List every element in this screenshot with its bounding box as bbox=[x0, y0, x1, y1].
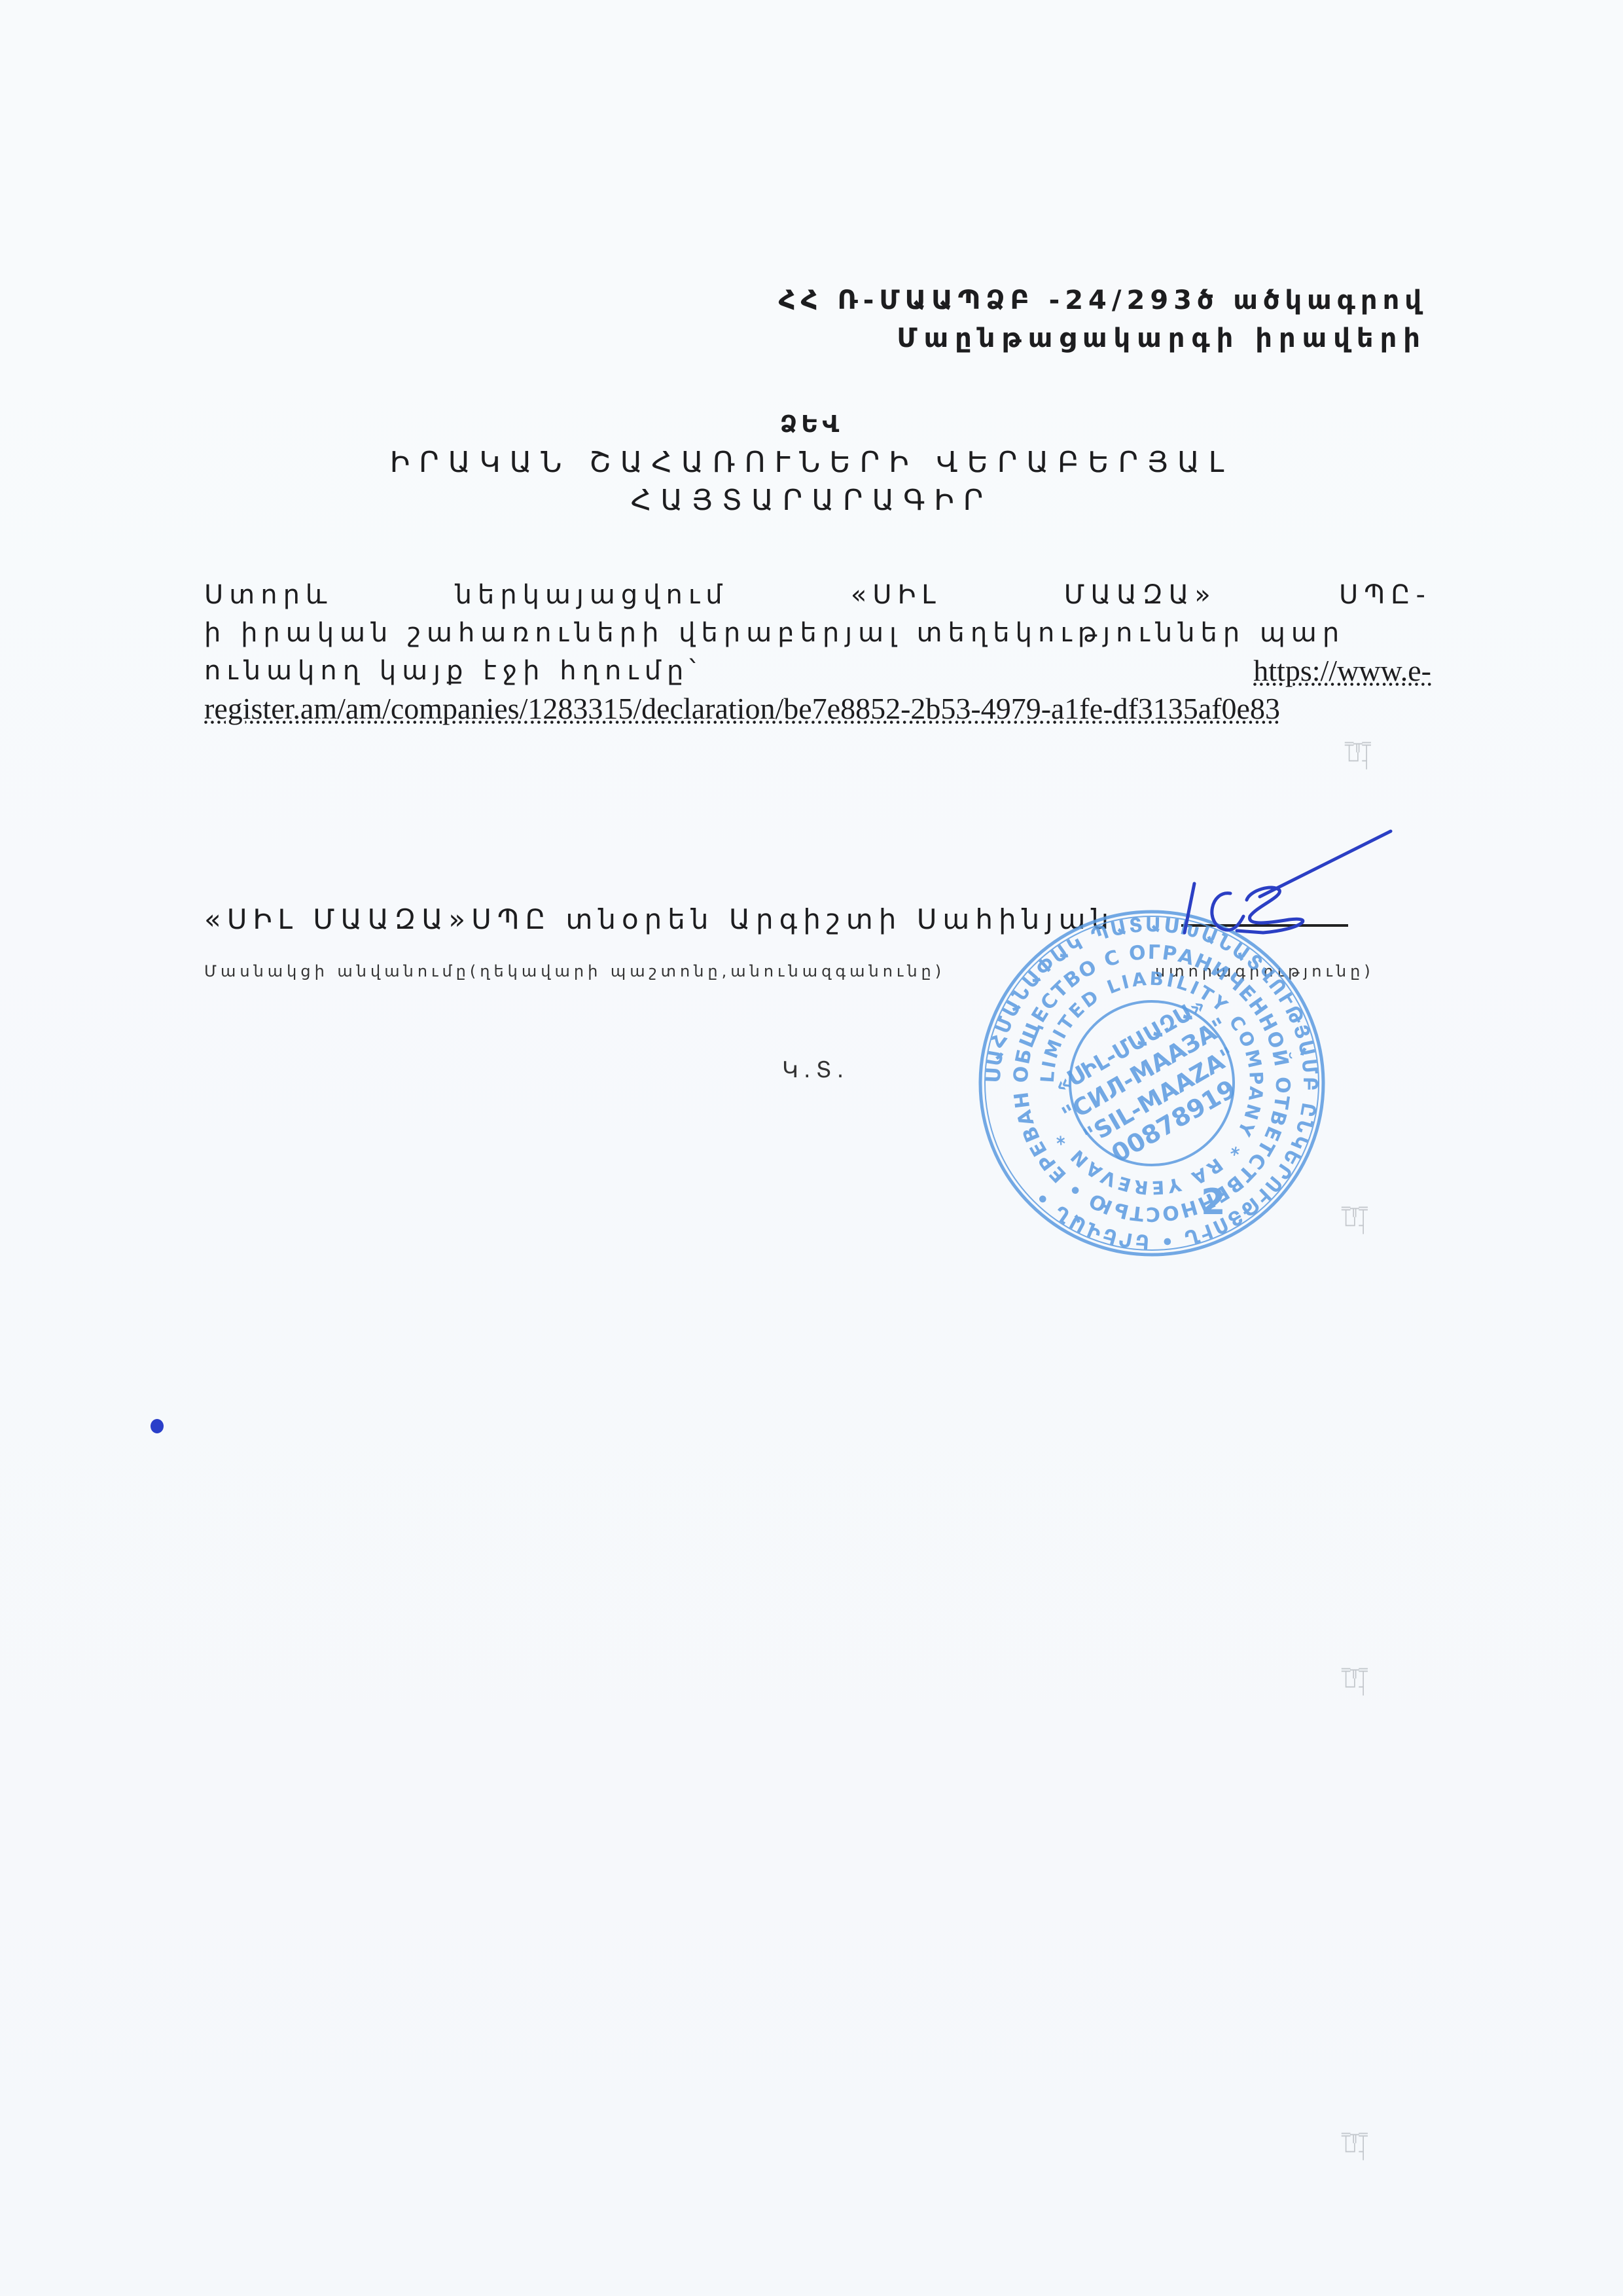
body-line-3-text: ունակող կայք էջի հղումը՝ bbox=[204, 652, 702, 690]
title-line-2: ՀԱՅՏԱՐԱՐԱԳԻՐ bbox=[0, 482, 1623, 520]
scan-artifact: ╤╥╤└┘┤ bbox=[1342, 2127, 1368, 2161]
stamp-number: 2 bbox=[1201, 1181, 1226, 1223]
document-page: ՀՀ Ռ-ՄԱԱՊՁԲ -24/293ծ ածկագրով Մաընթացակա… bbox=[0, 0, 1623, 2296]
body-line-2: ի իրական շահառուների վերաբերյալ տեղեկութ… bbox=[204, 614, 1431, 652]
body-word: ՄԱԱԶԱ» bbox=[1064, 576, 1217, 614]
title-line-1: ԻՐԱԿԱՆ ՇԱՀԱՌՈՒՆԵՐԻ ՎԵՐԱԲԵՐՅԱԼ bbox=[0, 444, 1623, 482]
form-label: ՁԵՎ bbox=[0, 406, 1623, 444]
reference-header: ՀՀ Ռ-ՄԱԱՊՁԲ -24/293ծ ածկագրով Մաընթացակա… bbox=[779, 281, 1427, 357]
declaration-body: Ստորև ներկայացվում «ՍԻԼ ՄԱԱԶԱ» ՍՊԸ- ի իր… bbox=[204, 576, 1431, 728]
body-word: «ՍԻԼ bbox=[851, 576, 942, 614]
ink-spot bbox=[151, 1419, 164, 1433]
body-line-1: Ստորև ներկայացվում «ՍԻԼ ՄԱԱԶԱ» ՍՊԸ- bbox=[204, 576, 1431, 614]
handwritten-signature bbox=[1158, 825, 1394, 936]
scan-artifact: ╤╥╤└┘┤ bbox=[1342, 1662, 1368, 1696]
body-word: ՍՊԸ- bbox=[1339, 576, 1431, 614]
scan-artifact: ╤╥╤└┘┤ bbox=[1345, 736, 1371, 770]
declaration-link-part-2[interactable]: register.am/am/companies/1283315/declara… bbox=[204, 690, 1280, 728]
body-word: Ստորև bbox=[204, 576, 332, 614]
body-line-3: ունակող կայք էջի հղումը՝ https://www.e- bbox=[204, 652, 1431, 690]
scan-artifact: ╤╥╤└┘┤ bbox=[1342, 1201, 1368, 1235]
declaration-link-part-1[interactable]: https://www.e- bbox=[1253, 652, 1431, 690]
reference-procedure: Մաընթացակարգի իրավերի bbox=[779, 319, 1427, 357]
reference-code: ՀՀ Ռ-ՄԱԱՊՁԲ -24/293ծ ածկագրով bbox=[779, 281, 1427, 319]
signatory-caption: Մասնակցի անվանումը(ղեկավարի պաշտոնը,անու… bbox=[204, 962, 945, 980]
document-title: ՁԵՎ ԻՐԱԿԱՆ ՇԱՀԱՌՈՒՆԵՐԻ ՎԵՐԱԲԵՐՅԱԼ ՀԱՅՏԱՐ… bbox=[0, 406, 1623, 520]
body-line-4: register.am/am/companies/1283315/declara… bbox=[204, 690, 1431, 728]
seal-place-label: Կ.Տ. bbox=[782, 1057, 849, 1083]
company-stamp: ՍԱՀՄԱՆԱՓԱԿ ՊԱՏԱՍԽԱՆԱՏՎՈՒԹՅԱՄԲ ԸՆԿԵՐՈՒԹՅՈ… bbox=[975, 906, 1329, 1260]
stamp-outer-ring-text: ՍԱՀՄԱՆԱՓԱԿ ՊԱՏԱՍԽԱՆԱՏՎՈՒԹՅԱՄԲ ԸՆԿԵՐՈՒԹՅՈ… bbox=[982, 914, 1321, 1253]
body-word: ներկայացվում bbox=[455, 576, 728, 614]
